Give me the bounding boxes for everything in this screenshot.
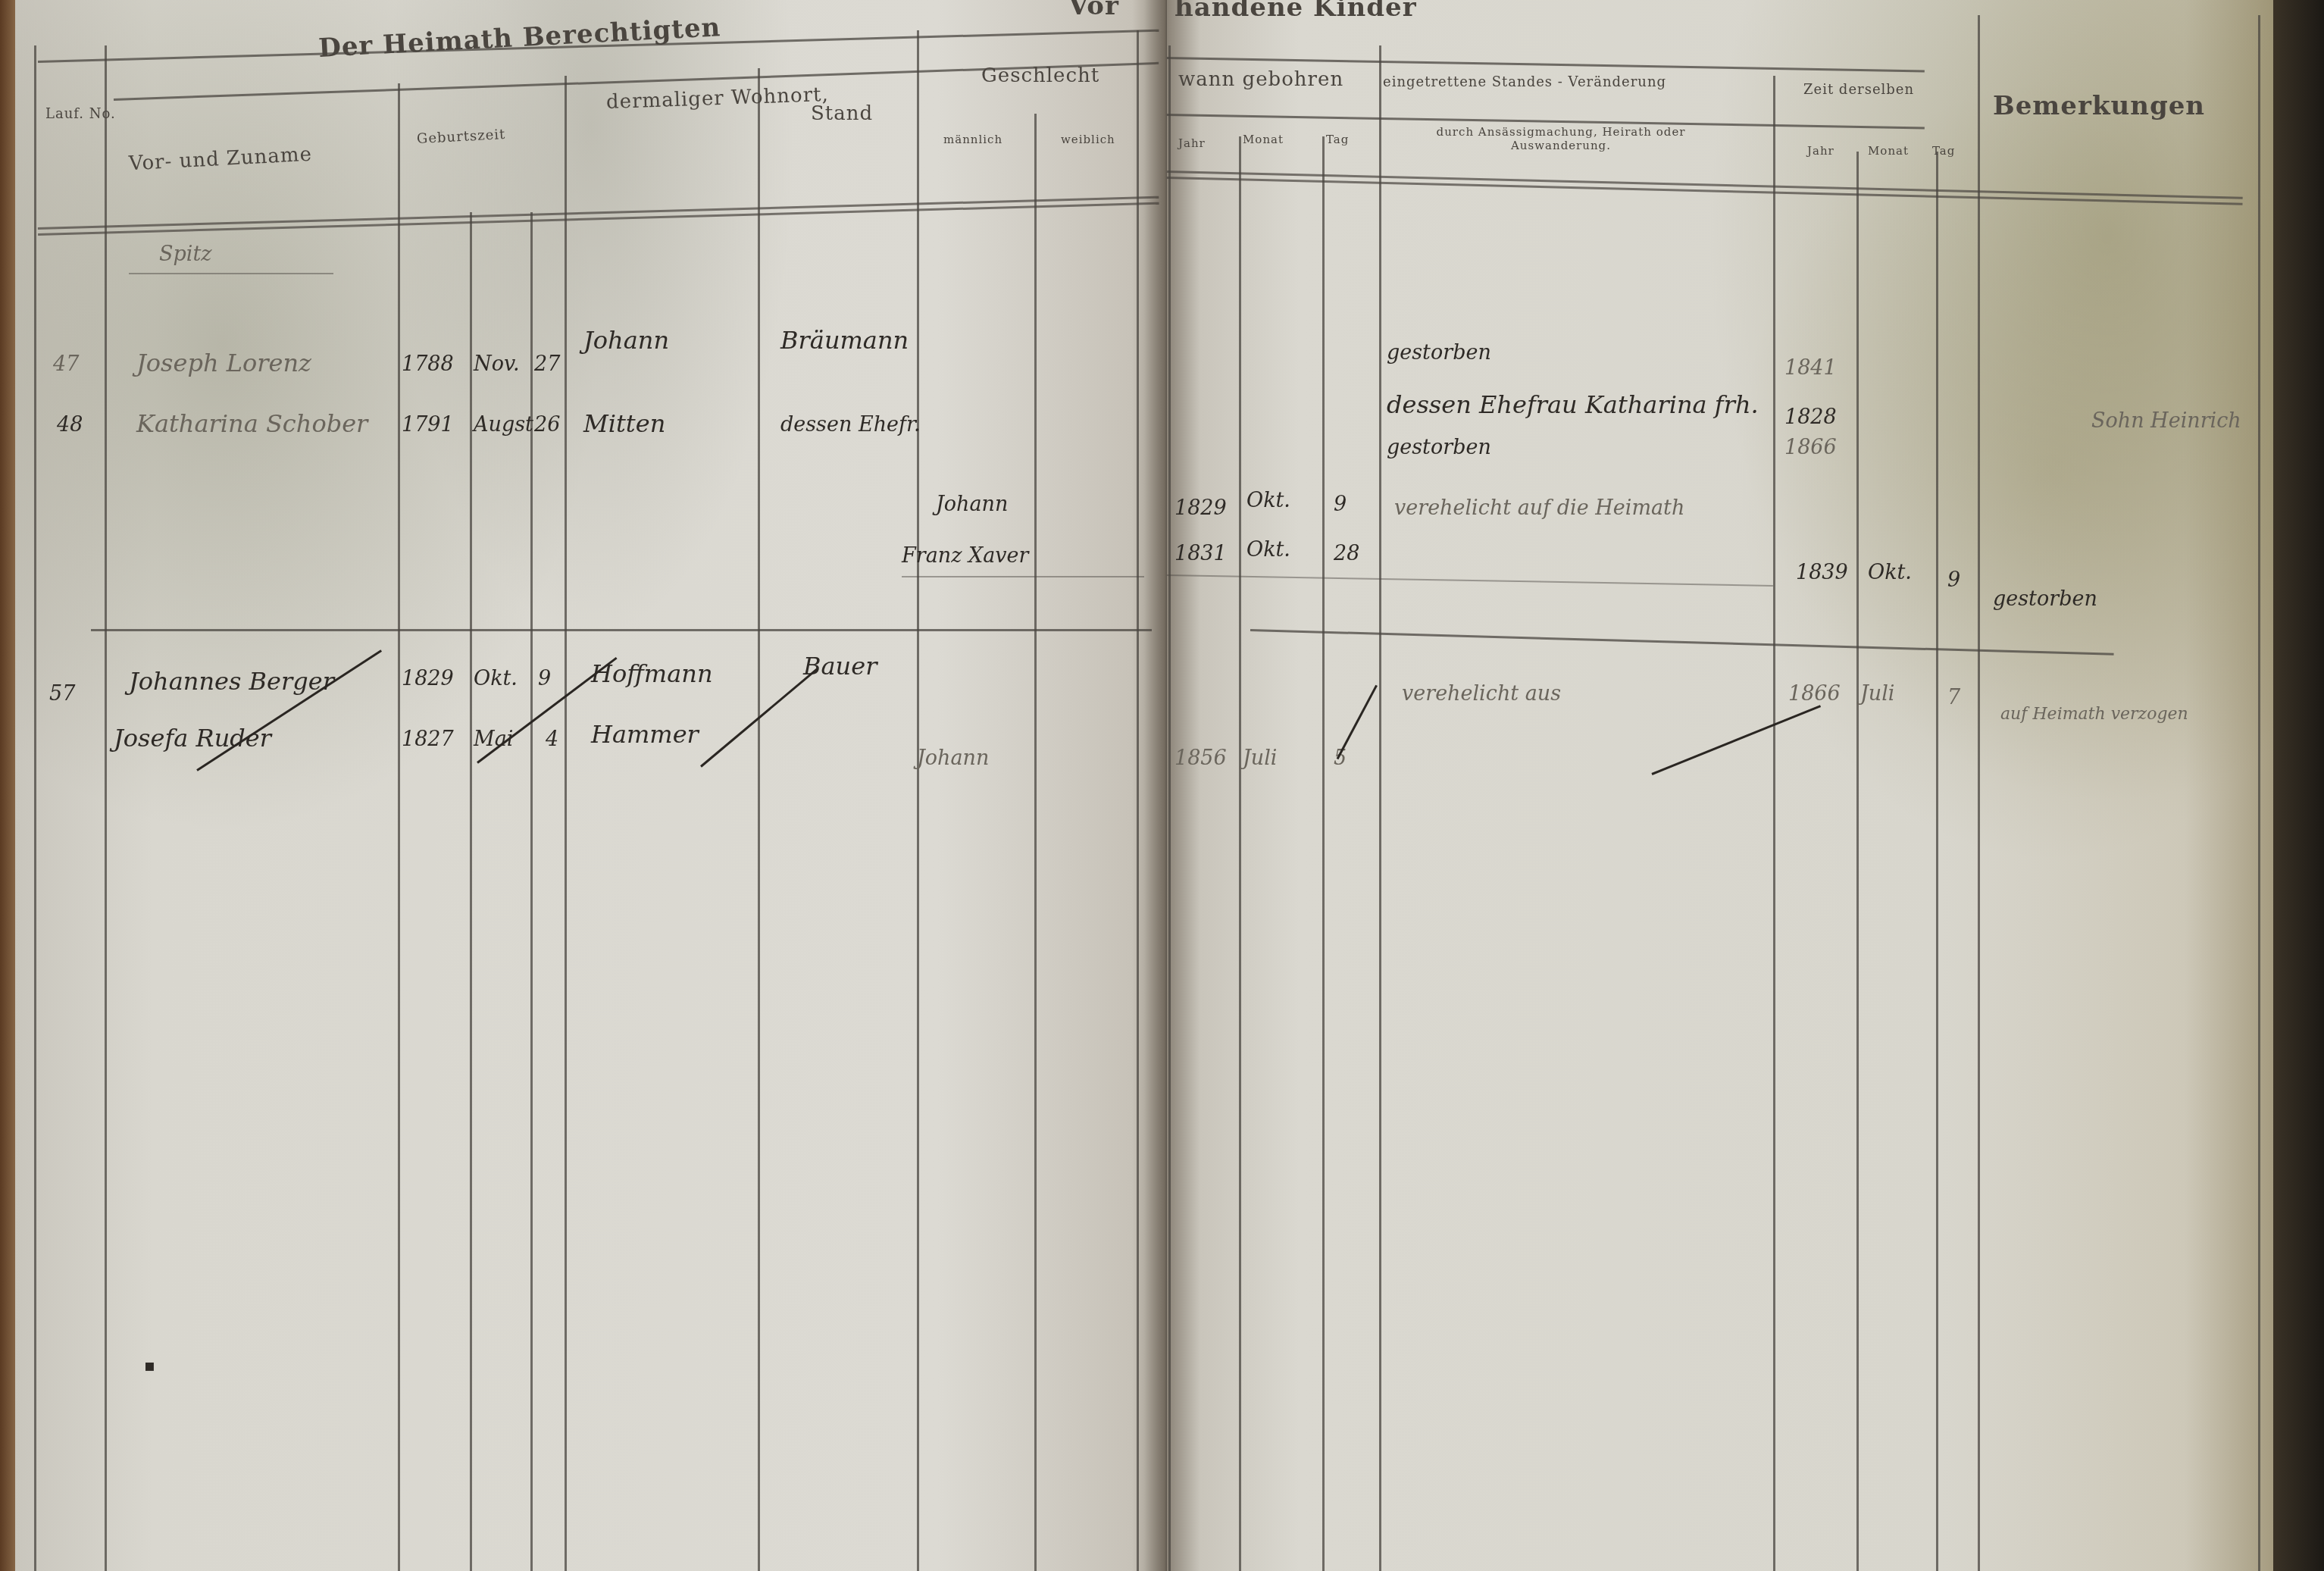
entry-2-zeit-day: 7 <box>1947 686 1960 709</box>
zeit-monat-header: Monat <box>1868 144 1909 158</box>
entry-2-person-2-wohnort: Hammer <box>591 720 699 749</box>
book-cover-edge-left <box>0 0 17 1571</box>
entry-2-child-1-year: 1856 <box>1175 746 1227 770</box>
entry-separator <box>91 629 1152 631</box>
entry-1-zeit-year-1: 1841 <box>1784 356 1837 380</box>
zeit-jahr-header: Jahr <box>1807 144 1834 158</box>
entry-1-person-2-month: Augst <box>474 413 533 437</box>
right-page-title: handene Kinder <box>1175 0 1417 23</box>
entry-1-person-1-year: 1788 <box>402 352 454 376</box>
maennlich-header: männlich <box>943 133 1002 146</box>
entry-2-person-2-year: 1827 <box>402 728 454 751</box>
col-rule <box>398 83 400 1571</box>
register-book-spread: Der Heimath Berechtigten Lauf. No. Vor- … <box>0 0 2324 1571</box>
entry-1-person-2-day: 26 <box>534 413 560 437</box>
col-rule <box>1137 30 1139 1571</box>
entry-2-person-1-day: 9 <box>538 667 551 690</box>
right-page-title-prefix: Vor <box>1068 0 1119 21</box>
strike-through-mark <box>1337 685 1378 760</box>
jahr-header: Jahr <box>1178 136 1206 150</box>
col-rule <box>470 212 472 1571</box>
left-page: Der Heimath Berechtigten Lauf. No. Vor- … <box>15 0 1167 1571</box>
entry-1-change-line-1: gestorben <box>1387 341 1491 365</box>
entry-1-child-1-year: 1829 <box>1175 496 1227 520</box>
tag-header: Tag <box>1326 133 1349 146</box>
entry-2-zeit-year: 1866 <box>1788 682 1841 706</box>
entry-1-person-1-name: Joseph Lorenz <box>136 349 311 377</box>
entry-2-person-1-stand: Bauer <box>803 652 877 681</box>
entry-1-child-1-remark: gestorben <box>1993 587 2097 611</box>
entry-1-person-2-stand: dessen Ehefr. <box>780 413 921 437</box>
weiblich-header: weiblich <box>1061 133 1115 146</box>
entry-2-no: 57 <box>49 682 75 706</box>
entry-2-person-1-year: 1829 <box>402 667 454 690</box>
col-rule <box>1322 136 1325 1571</box>
entry-1-person-1-month: Nov. <box>474 352 520 376</box>
entry-2-child-1-change: verehelicht aus <box>1402 682 1561 706</box>
col-rule <box>34 45 36 1571</box>
col-rule <box>1856 152 1859 1571</box>
entry-1-child-1-male: Johann <box>936 493 1008 516</box>
entry-1-child-2-month: Okt. <box>1246 538 1290 562</box>
entry-1-child-2-day: 28 <box>1334 542 1359 565</box>
entry-1-remark: Sohn Heinrich <box>2091 409 2241 433</box>
entry-1-person-2-name: Katharina Schober <box>136 409 368 438</box>
col-rule <box>1239 136 1241 1571</box>
header-bottom-rule <box>1167 171 2243 205</box>
entry-1-child-2-year: 1831 <box>1175 542 1227 565</box>
header-bottom-rule <box>38 196 1159 236</box>
section-underline <box>129 273 333 274</box>
entry-1-child-1-day: 9 <box>1334 493 1347 516</box>
entry-1-person-1-day: 27 <box>534 352 560 376</box>
standes-veraenderung-header: eingetrettene Standes - Veränderung <box>1383 74 1666 90</box>
book-cover-edge-right <box>2273 0 2324 1571</box>
geburtszeit-header: Geburtszeit <box>417 127 506 147</box>
entry-2-person-1-month: Okt. <box>474 667 518 690</box>
name-header: Vor- und Zuname <box>128 143 312 176</box>
child-line <box>902 576 1144 577</box>
entry-1-change-line-3: gestorben <box>1387 436 1491 459</box>
bemerkungen-header: Bemerkungen <box>1993 91 2205 121</box>
entry-1-zeit-year-2: 1828 <box>1784 405 1837 429</box>
entry-2-child-1-month: Juli <box>1243 746 1277 770</box>
entry-1-person-2-wohnort: Mitten <box>583 409 665 438</box>
col-rule <box>1978 15 1980 1571</box>
entry-1-child-1-month: Okt. <box>1246 489 1290 512</box>
entry-1-person-2-no: 48 <box>57 413 83 437</box>
col-rule <box>1379 45 1381 1571</box>
entry-1-child-1-zeit-day: 9 <box>1947 568 1960 592</box>
entry-2-remark: auf Heimath verzogen <box>2000 705 2188 724</box>
col-rule <box>758 68 760 1571</box>
section-mark: Spitz <box>159 243 212 266</box>
monat-header: Monat <box>1243 133 1284 146</box>
geschlecht-header: Geschlecht <box>981 64 1099 87</box>
left-page-title: Der Heimath Berechtigten <box>317 12 721 64</box>
entry-2-person-1-name: Johannes Berger <box>129 667 334 696</box>
entry-1-child-1-change: verehelicht auf die Heimath <box>1394 496 1684 520</box>
entry-2-zeit-month: Juli <box>1860 682 1894 706</box>
col-rule <box>105 45 107 1571</box>
entry-1-change-line-2: dessen Ehefrau Katharina frh. <box>1387 390 1759 419</box>
entry-1-person-1-stand: Bräumann <box>780 326 909 355</box>
entry-1-child-1-zeit-year: 1839 <box>1796 561 1848 584</box>
col-rule <box>2258 15 2260 1571</box>
col-rule <box>1034 114 1037 1571</box>
col-rule <box>917 30 919 1571</box>
ink-spot: ▪ <box>144 1357 155 1375</box>
zeit-derselben-header: Zeit derselben <box>1803 82 1914 98</box>
col-rule <box>1168 45 1171 1571</box>
entry-1-person-2-year: 1791 <box>402 413 454 437</box>
wann-gebohren-header: wann gebohren <box>1178 68 1343 91</box>
strike-through-mark <box>1651 705 1821 775</box>
child-line <box>1167 574 1773 587</box>
entry-2-child-1-male: Johann <box>917 746 989 770</box>
stand-header: Stand <box>811 102 873 125</box>
entry-2-person-2-day: 4 <box>546 728 558 751</box>
entry-1-zeit-year-3: 1866 <box>1784 436 1837 459</box>
entry-1-person-1-wohnort: Johann <box>583 326 669 355</box>
veraenderung-sub-header: durch Ansässigmachung, Heirath oder Ausw… <box>1387 125 1735 152</box>
col-rule <box>1936 152 1938 1571</box>
col-rule <box>565 76 567 1571</box>
entry-1-child-2-male: Franz Xaver <box>902 544 1028 568</box>
entry-1-no: 47 <box>53 352 79 376</box>
wohnort-header: dermaliger Wohnort, <box>606 83 830 114</box>
col-rule <box>1773 76 1775 1571</box>
entry-1-child-1-zeit-month: Okt. <box>1868 561 1912 584</box>
right-page: Vor handene Kinder wann gebohren Jahr Mo… <box>1167 0 2273 1571</box>
